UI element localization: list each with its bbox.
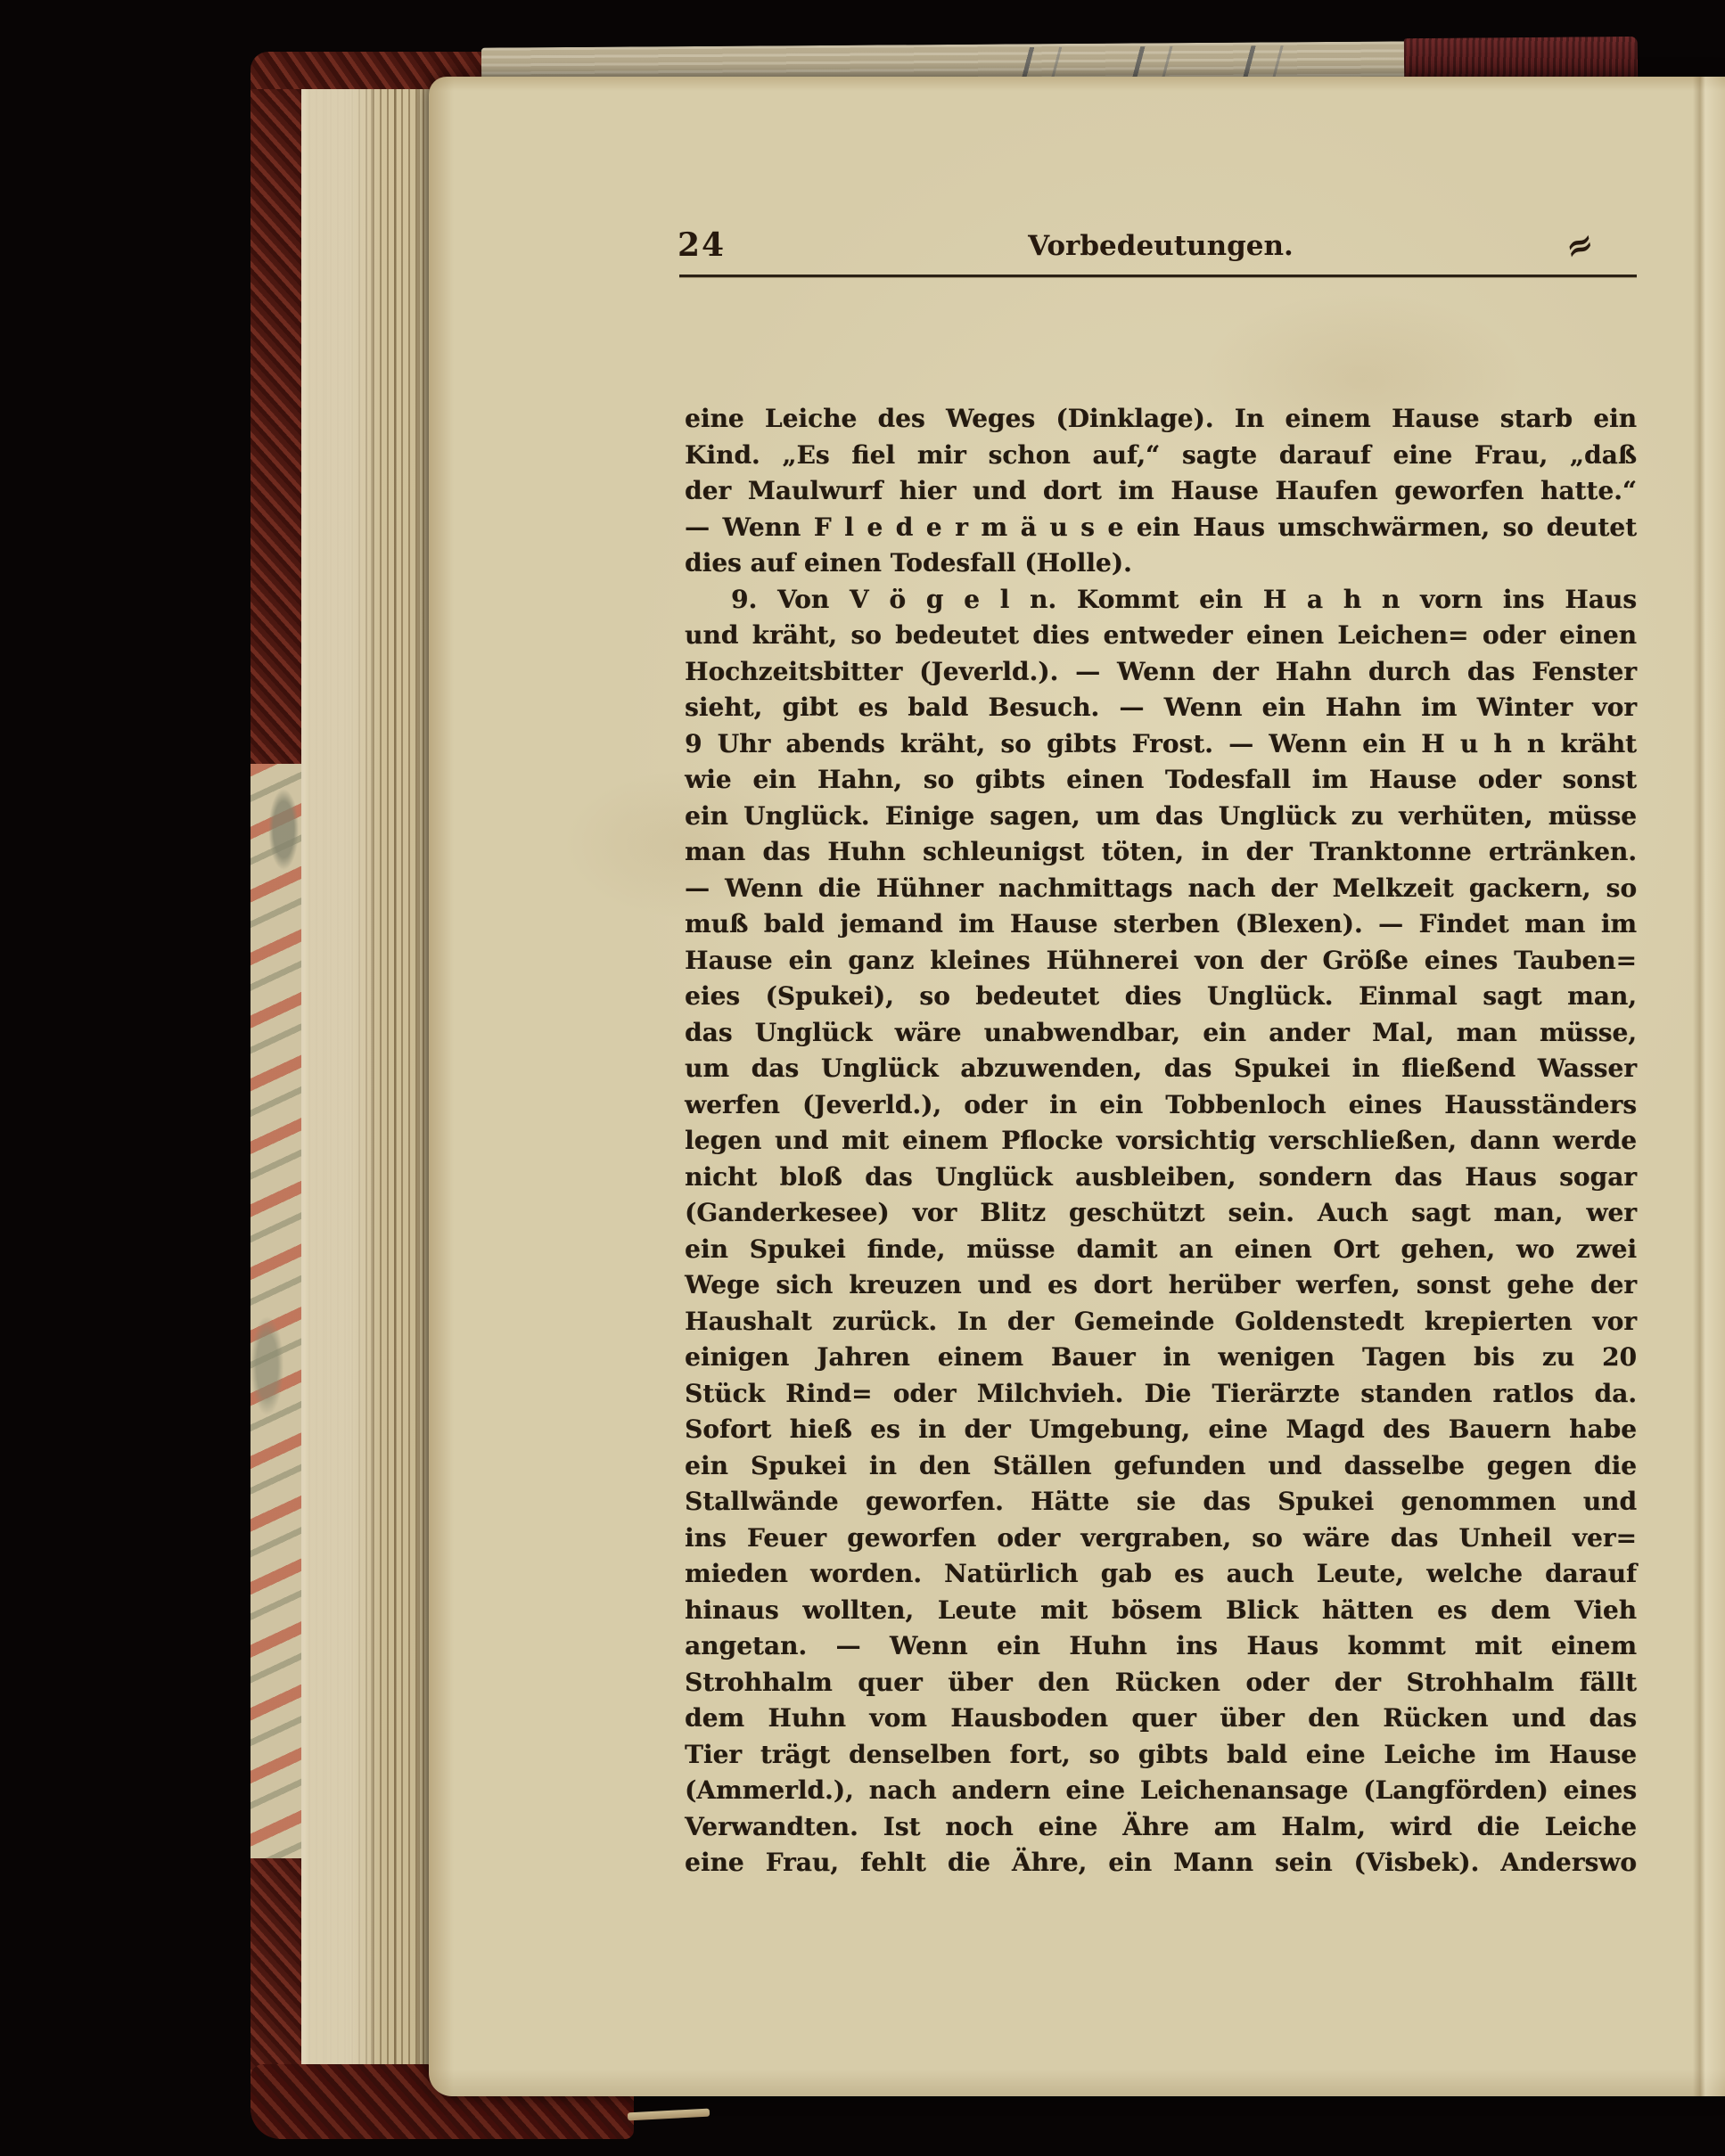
text-line: hinaus wollten, Leute mit bösem Blick hä…: [685, 1593, 1637, 1629]
text-line: Verwandten. Ist noch eine Ähre am Halm, …: [685, 1809, 1637, 1846]
fleuron-ornament-icon: ≈: [1563, 219, 1598, 271]
book-spine: [251, 55, 306, 2125]
text-line: Hochzeitsbitter (Jeverld.). — Wenn der H…: [685, 654, 1637, 691]
marbled-endpaper: [251, 764, 306, 1858]
body-text: eine Leiche des Weges (Dinklage). In ein…: [685, 401, 1637, 1881]
text-line: einigen Jahren einem Bauer in wenigen Ta…: [685, 1340, 1637, 1376]
text-line: (Ganderkesee) vor Blitz geschützt sein. …: [685, 1195, 1637, 1232]
text-line: eies (Spukei), so bedeutet dies Unglück.…: [685, 979, 1637, 1015]
page-edges-stack: [301, 61, 431, 2111]
page-content: 24 Vorbedeutungen. ≈: [685, 210, 1637, 273]
text-line: ein Unglück. Einige sagen, um das Unglüc…: [685, 799, 1637, 835]
text-line: Kind. „Es fiel mir schon auf,“ sagte dar…: [685, 438, 1637, 474]
header-rule: [679, 275, 1637, 277]
text-line: nicht bloß das Unglück ausbleiben, sonde…: [685, 1160, 1637, 1196]
text-line: das Unglück wäre unabwendbar, ein ander …: [685, 1015, 1637, 1052]
text-line: 9 Uhr abends kräht, so gibts Frost. — We…: [685, 726, 1637, 763]
text-line: Stallwände geworfen. Hätte sie das Spuke…: [685, 1484, 1637, 1521]
text-line: dies auf einen Todesfall (Holle).: [685, 545, 1637, 582]
running-head: 24 Vorbedeutungen. ≈: [685, 210, 1637, 273]
text-line: — Wenn die Hühner nachmittags nach der M…: [685, 871, 1637, 907]
text-line: der Maulwurf hier und dort im Hause Hauf…: [685, 473, 1637, 510]
text-line: Strohhalm quer über den Rücken oder der …: [685, 1665, 1637, 1701]
text-line: sieht, gibt es bald Besuch. — Wenn ein H…: [685, 690, 1637, 726]
text-line: eine Leiche des Weges (Dinklage). In ein…: [685, 401, 1637, 438]
text-line: ein Spukei in den Ställen gefunden und d…: [685, 1448, 1637, 1485]
text-line: Stück Rind= oder Milchvieh. Die Tierärzt…: [685, 1376, 1637, 1413]
text-line: dem Huhn vom Hausboden quer über den Rüc…: [685, 1701, 1637, 1737]
text-line: — Wenn F l e d e r m ä u s e ein Haus um…: [685, 510, 1637, 546]
text-line: Sofort hieß es in der Umgebung, eine Mag…: [685, 1412, 1637, 1448]
leather-binding-top: [251, 55, 306, 764]
text-line: ins Feuer geworfen oder vergraben, so wä…: [685, 1521, 1637, 1557]
text-line: 9. Von V ö g e l n. Kommt ein H a h n vo…: [685, 582, 1637, 619]
text-line: ein Spukei finde, müsse damit an einen O…: [685, 1232, 1637, 1268]
text-line: eine Frau, fehlt die Ähre, ein Mann sein…: [685, 1845, 1637, 1881]
text-line: muß bald jemand im Hause sterben (Blexen…: [685, 906, 1637, 943]
page-sliver-bottom: [628, 2109, 710, 2121]
text-line: mieden worden. Natürlich gab es auch Leu…: [685, 1556, 1637, 1593]
text-line: legen und mit einem Pflocke vorsichtig v…: [685, 1123, 1637, 1160]
text-line: Tier trägt denselben fort, so gibts bald…: [685, 1737, 1637, 1774]
text-line: angetan. — Wenn ein Huhn ins Haus kommt …: [685, 1628, 1637, 1665]
text-line: und kräht, so bedeutet dies entweder ein…: [685, 618, 1637, 654]
text-line: Hause ein ganz kleines Hühnerei von der …: [685, 943, 1637, 980]
text-line: werfen (Jeverld.), oder in ein Tobbenloc…: [685, 1087, 1637, 1124]
page-title: Vorbedeutungen.: [685, 230, 1637, 262]
text-line: um das Unglück abzuwenden, das Spukei in…: [685, 1051, 1637, 1087]
book-page: 24 Vorbedeutungen. ≈ eine Leiche des Weg…: [429, 77, 1725, 2096]
text-line: wie ein Hahn, so gibts einen Todesfall i…: [685, 762, 1637, 799]
text-line: Wege sich kreuzen und es dort herüber we…: [685, 1267, 1637, 1304]
text-line: Haushalt zurück. In der Gemeinde Goldens…: [685, 1304, 1637, 1340]
text-line: (Ammerld.), nach andern eine Leichenansa…: [685, 1773, 1637, 1809]
text-line: man das Huhn schleunigst töten, in der T…: [685, 834, 1637, 871]
